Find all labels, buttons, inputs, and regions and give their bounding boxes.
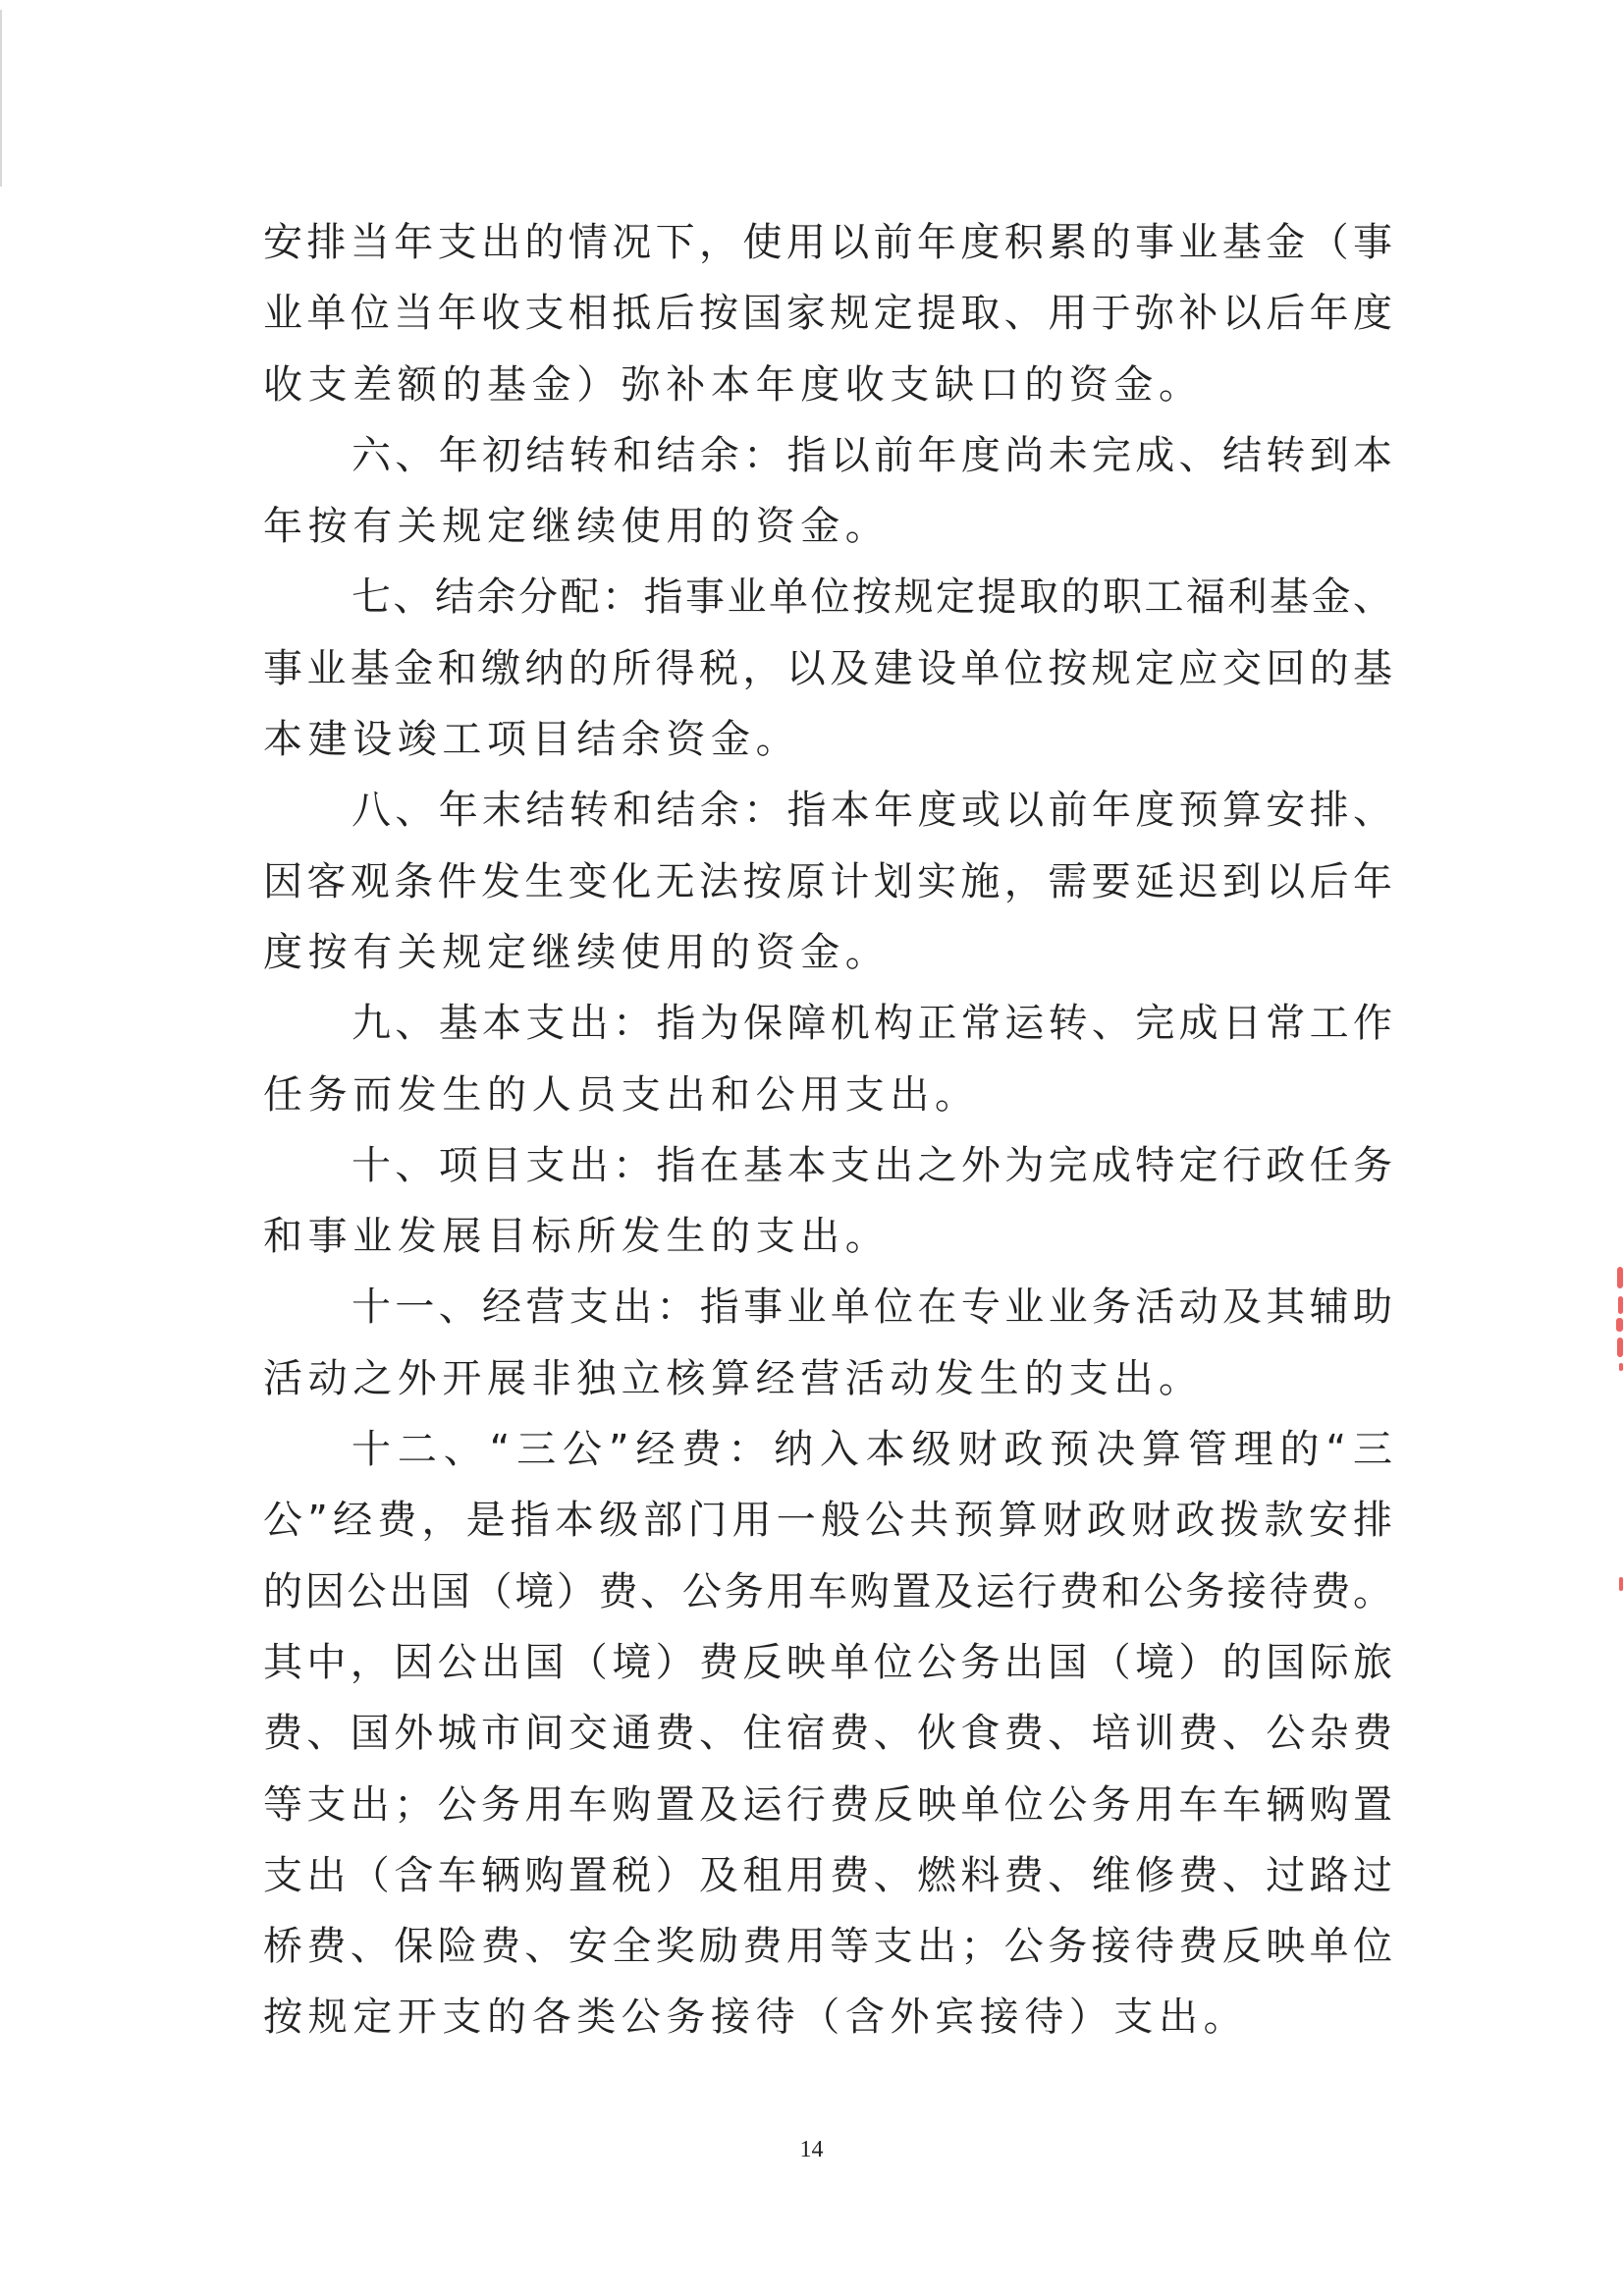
text-line: 十一、经营支出：指事业单位在专业业务活动及其辅助: [263, 1281, 1392, 1351]
text-line: 收支差额的基金）弥补本年度收支缺口的资金。: [263, 358, 1392, 429]
text-line: 八、年末结转和结余：指本年度或以前年度预算安排、: [263, 784, 1392, 854]
text-line: 和事业发展目标所发生的支出。: [263, 1210, 1392, 1281]
scan-edge-artifact: [0, 10, 2, 187]
paragraph-item-9: 九、基本支出：指为保障机构正常运转、完成日常工作 任务而发生的人员支出和公用支出…: [263, 997, 1392, 1139]
paragraph-item-12: 十二、“三公”经费：纳入本级财政预决算管理的“三 公”经费，是指本级部门用一般公…: [263, 1423, 1392, 2062]
paragraph-item-7: 七、结余分配：指事业单位按规定提取的职工福利基金、 事业基金和缴纳的所得税，以及…: [263, 571, 1392, 784]
text-line: 桥费、保险费、安全奖励费用等支出；公务接待费反映单位: [263, 1920, 1392, 1991]
text-line: 其中，因公出国（境）费反映单位公务出国（境）的国际旅: [263, 1636, 1392, 1707]
text-line: 支出（含车辆购置税）及租用费、燃料费、维修费、过路过: [263, 1849, 1392, 1920]
text-line: 六、年初结转和结余：指以前年度尚未完成、结转到本: [263, 429, 1392, 500]
text-line: 事业基金和缴纳的所得税，以及建设单位按规定应交回的基: [263, 642, 1392, 713]
text-line: 本建设竣工项目结余资金。: [263, 713, 1392, 784]
text-line: 九、基本支出：指为保障机构正常运转、完成日常工作: [263, 997, 1392, 1067]
text-line: 任务而发生的人员支出和公用支出。: [263, 1068, 1392, 1139]
text-line: 公”经费，是指本级部门用一般公共预算财政财政拨款安排: [263, 1494, 1392, 1564]
paragraph-item-11: 十一、经营支出：指事业单位在专业业务活动及其辅助 活动之外开展非独立核算经营活动…: [263, 1281, 1392, 1423]
page-number: 14: [0, 2137, 1623, 2163]
paragraph-item-6: 六、年初结转和结余：指以前年度尚未完成、结转到本 年按有关规定继续使用的资金。: [263, 429, 1392, 572]
text-line: 年按有关规定继续使用的资金。: [263, 500, 1392, 571]
text-line: 七、结余分配：指事业单位按规定提取的职工福利基金、: [263, 571, 1392, 641]
text-line: 安排当年支出的情况下，使用以前年度积累的事业基金（事: [263, 216, 1392, 287]
text-line: 十、项目支出：指在基本支出之外为完成特定行政任务: [263, 1139, 1392, 1210]
text-line: 等支出；公务用车购置及运行费反映单位公务用车车辆购置: [263, 1778, 1392, 1849]
text-line: 度按有关规定继续使用的资金。: [263, 926, 1392, 997]
text-line: 因客观条件发生变化无法按原计划实施，需要延迟到以后年: [263, 855, 1392, 926]
text-line: 的因公出国（境）费、公务用车购置及运行费和公务接待费。: [263, 1565, 1392, 1636]
text-line: 费、国外城市间交通费、住宿费、伙食费、培训费、公杂费: [263, 1707, 1392, 1777]
text-line: 活动之外开展非独立核算经营活动发生的支出。: [263, 1352, 1392, 1423]
text-line: 十二、“三公”经费：纳入本级财政预决算管理的“三: [263, 1423, 1392, 1494]
paragraph-continuation: 安排当年支出的情况下，使用以前年度积累的事业基金（事 业单位当年收支相抵后按国家…: [263, 216, 1392, 429]
document-body: 安排当年支出的情况下，使用以前年度积累的事业基金（事 业单位当年收支相抵后按国家…: [263, 216, 1392, 2062]
text-line: 业单位当年收支相抵后按国家规定提取、用于弥补以后年度: [263, 287, 1392, 357]
red-seal-fragment-icon: [1615, 1267, 1623, 1591]
text-line: 按规定开支的各类公务接待（含外宾接待）支出。: [263, 1991, 1392, 2061]
paragraph-item-8: 八、年末结转和结余：指本年度或以前年度预算安排、 因客观条件发生变化无法按原计划…: [263, 784, 1392, 997]
paragraph-item-10: 十、项目支出：指在基本支出之外为完成特定行政任务 和事业发展目标所发生的支出。: [263, 1139, 1392, 1282]
